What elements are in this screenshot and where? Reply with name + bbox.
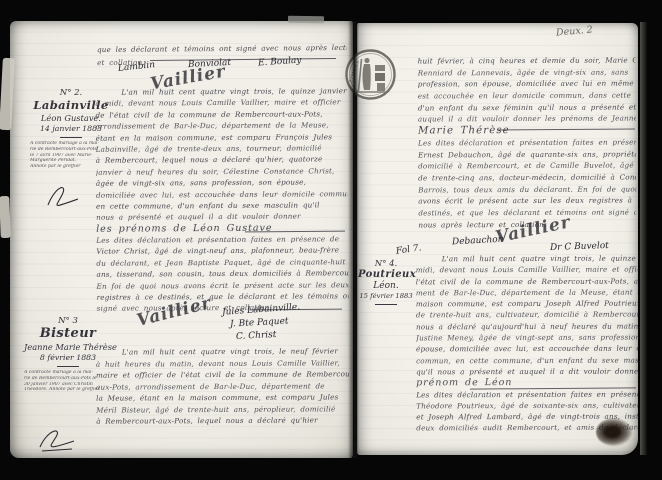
- text-line: à Rembercourt-aux-Pots, lequel nous a dé…: [96, 414, 350, 427]
- text-line: Ernest Debauchon, âgé de quarante-six an…: [418, 148, 636, 161]
- text-line: Les dites déclaration et présentation fa…: [418, 136, 636, 149]
- act-surname: Bisteur: [24, 326, 112, 341]
- act-number: N° 3: [24, 316, 112, 326]
- margin-divider: [375, 304, 397, 305]
- text-line: L'an mil huit cent quatre vingt trois, l…: [416, 253, 638, 265]
- paper-scrap-edge: [0, 196, 11, 238]
- margin-divider: [60, 137, 82, 138]
- text-line: maison commune, est comparu Joseph Alfre…: [416, 298, 638, 310]
- clerk-signature-flourish: [32, 425, 80, 455]
- text-line: nous a déclaré qu'aujourd'hui à neuf heu…: [416, 320, 638, 332]
- text-line: domicilié à Rembercourt, et de Camille B…: [418, 160, 636, 173]
- text-line: épouse, domiciliée avec lui, est accouch…: [416, 343, 638, 355]
- text-line: avons écrit le présent acte sur les deux…: [418, 195, 636, 208]
- act-surname: Poutrieux: [358, 269, 414, 280]
- witness-signature: Dr C Buvelot: [550, 241, 609, 253]
- text-line: destinés, et que les déclarant et témoin…: [418, 206, 636, 219]
- text-line: Justine Meney, âgée de vingt-sept ans, s…: [416, 332, 638, 344]
- act-given-names: Léon.: [358, 281, 414, 291]
- text-line: Barrois, tous deux amis du déclarant. En…: [418, 183, 636, 196]
- act-date: 15 février 1883: [358, 292, 414, 300]
- book-gutter-shadow: [348, 21, 359, 458]
- margin-divider: [57, 366, 79, 367]
- act-3-body-text-start: L'an mil huit cent quatre vingt trois, l…: [96, 345, 350, 427]
- act-2-body-text: L'an mil huit cent quatre vingt trois, l…: [95, 85, 348, 314]
- right-page: Deux. 2 huit février, à cinq heures et d…: [357, 23, 638, 455]
- witness-signature: C. Christ: [236, 330, 277, 342]
- act-4-body-text: L'an mil huit cent quatre vingt trois, l…: [416, 253, 638, 435]
- text-line: huit février, à cinq heures et demie du …: [418, 55, 636, 68]
- act-number: N° 4.: [358, 259, 414, 269]
- text-line: qu'il nous a présenté et auquel il a dit…: [416, 366, 638, 378]
- left-page: que les déclarant et témoins ont signé a…: [10, 21, 353, 458]
- text-line: l'état civil de la commune de Rembercour…: [416, 275, 638, 287]
- text-line: est accouchée en leur domicile commun, d…: [418, 90, 636, 103]
- text-line: Théodore Poutrieux, âgé de soixante-six …: [416, 399, 638, 411]
- act-3-body-text-end: huit février, à cinq heures et demie du …: [418, 55, 637, 231]
- text-line: ment de Bar-le-Duc, département de la Me…: [416, 287, 638, 299]
- ink-blot-stain: [596, 418, 632, 446]
- text-line: commun, en cette commune, d'un enfant du…: [416, 354, 638, 366]
- scanned-register-spread: que les déclarant et témoins ont signé a…: [0, 0, 662, 480]
- text-line: auquel il a dit vouloir donner les préno…: [418, 113, 636, 126]
- text-line: midi, devant nous Louis Camille Vaillier…: [416, 264, 638, 276]
- scanner-label-smudge: [288, 16, 324, 24]
- text-line: profession, son épouse, domiciliée avec …: [418, 78, 636, 91]
- text-line: Les dites déclaration et présentation fa…: [416, 388, 638, 400]
- text-line: Marie Thérèse: [418, 125, 636, 138]
- margin-entry-act-4: N° 4. Poutrieux Léon. 15 février 1883: [358, 259, 414, 308]
- text-line: Renniard de Lannevais, âgée de vingt-six…: [418, 66, 636, 79]
- text-line: de trente-huit ans, cultivateur, domicil…: [416, 309, 638, 321]
- page-edges-stack: [640, 22, 647, 455]
- text-line: d'un enfant du sexe féminin qu'il nous a…: [418, 101, 636, 114]
- text-line: de trente-cinq ans, docteur-médecin, dom…: [418, 171, 636, 184]
- clerk-paraph-flourish: [42, 181, 84, 211]
